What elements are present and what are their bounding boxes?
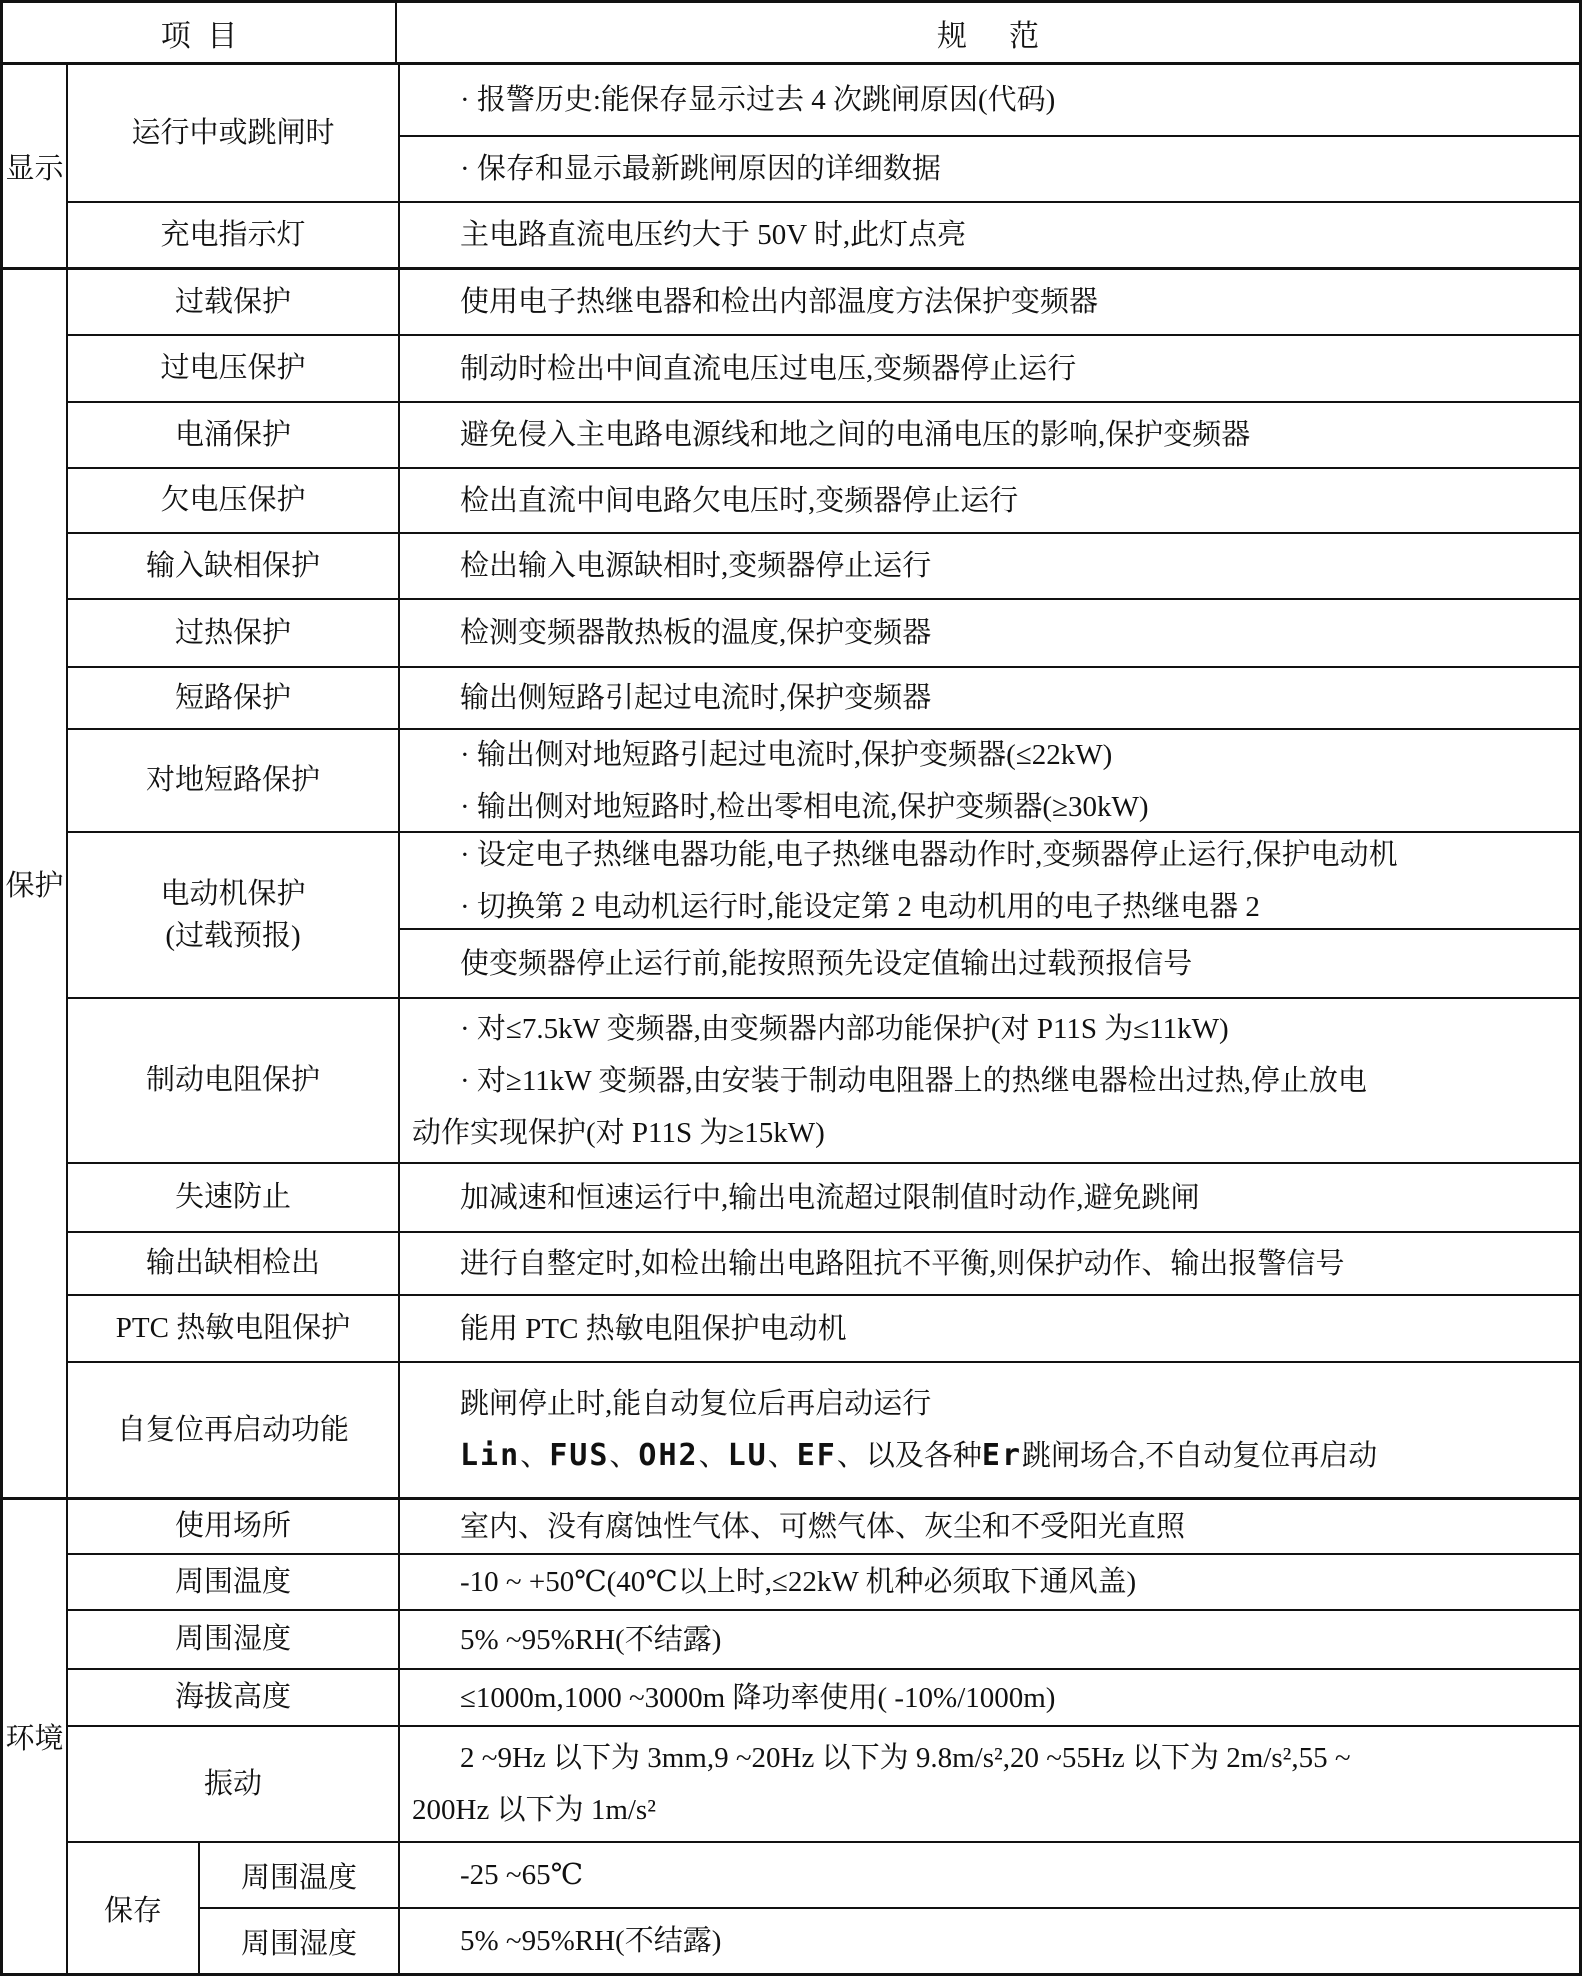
table-row: 输入缺相保护 检出输入电源缺相时,变频器停止运行 <box>68 534 1579 600</box>
spec-cell: 2 ~9Hz 以下为 3mm,9 ~20Hz 以下为 9.8m/s²,20 ~5… <box>400 1727 1579 1841</box>
spec-line: 使用电子热继电器和检出内部温度方法保护变频器 <box>412 276 1565 328</box>
trip-code-fus: FUS <box>549 1438 609 1473</box>
table-row: 过热保护 检测变频器散热板的温度,保护变频器 <box>68 600 1579 668</box>
item-cell: 过电压保护 <box>68 336 400 401</box>
table-row: 周围湿度 5% ~95%RH(不结露) <box>68 1611 1579 1670</box>
item-label: 海拔高度 <box>175 1676 291 1718</box>
item-cell: 电动机保护 (过载预报) <box>68 833 400 997</box>
item-cell: 自复位再启动功能 <box>68 1363 400 1497</box>
table-row: 振动 2 ~9Hz 以下为 3mm,9 ~20Hz 以下为 9.8m/s²,20… <box>68 1727 1579 1843</box>
spec-line: -25 ~65℃ <box>412 1849 1565 1901</box>
spec-cell: 使变频器停止运行前,能按照预先设定值输出过载预报信号 <box>400 930 1579 997</box>
spec-cell: ≤1000m,1000 ~3000m 降功率使用( -10%/1000m) <box>400 1670 1579 1725</box>
table-row: 电动机保护 (过载预报) · 设定电子热继电器功能,电子热继电器动作时,变频器停… <box>68 833 1579 999</box>
spec-line: 主电路直流电压约大于 50V 时,此灯点亮 <box>412 209 1565 261</box>
spec-cell: 能用 PTC 热敏电阻保护电动机 <box>400 1296 1579 1361</box>
item-cell: 周围湿度 <box>200 1909 400 1973</box>
spec-line: 检出输入电源缺相时,变频器停止运行 <box>412 540 1565 592</box>
item-cell: PTC 热敏电阻保护 <box>68 1296 400 1361</box>
spec-line: 室内、没有腐蚀性气体、可燃气体、灰尘和不受阳光直照 <box>412 1501 1565 1553</box>
item-label: 过电压保护 <box>160 347 305 389</box>
item-cell: 充电指示灯 <box>68 203 400 267</box>
spec-line: · 切换第 2 电动机运行时,能设定第 2 电动机用的电子热继电器 2 <box>412 881 1565 933</box>
spec-line: 5% ~95%RH(不结露) <box>412 1614 1565 1666</box>
table-row: 欠电压保护 检出直流中间电路欠电压时,变频器停止运行 <box>68 469 1579 534</box>
table-row: 运行中或跳闸时 · 报警历史:能保存显示过去 4 次跳闸原因(代码) · 保存和… <box>68 65 1579 203</box>
table-header-row: 项目 规范 <box>3 3 1579 65</box>
text-various: 、以及各种 <box>837 1440 982 1472</box>
table-row: PTC 热敏电阻保护 能用 PTC 热敏电阻保护电动机 <box>68 1296 1579 1363</box>
spec-cell: · 对≤7.5kW 变频器,由变频器内部功能保护(对 P11S 为≤11kW) … <box>400 999 1579 1162</box>
spec-line: 动作实现保护(对 P11S 为≥15kW) <box>412 1107 1565 1159</box>
item-cell: 过载保护 <box>68 270 400 334</box>
item-label: 电涌保护 <box>175 414 291 456</box>
table-row: 短路保护 输出侧短路引起过电流时,保护变频器 <box>68 668 1579 730</box>
table-row: 过电压保护 制动时检出中间直流电压过电压,变频器停止运行 <box>68 336 1579 403</box>
separator: 、 <box>699 1440 728 1472</box>
item-label: 输入缺相保护 <box>146 545 320 587</box>
item-cell: 振动 <box>68 1727 400 1841</box>
separator: 、 <box>768 1440 797 1472</box>
item-cell: 周围温度 <box>200 1843 400 1907</box>
item-cell: 制动电阻保护 <box>68 999 400 1162</box>
table-row: 自复位再启动功能 跳闸停止时,能自动复位后再启动运行 Lin、FUS、OH2、L… <box>68 1363 1579 1497</box>
item-cell: 失速防止 <box>68 1164 400 1231</box>
spec-line: · 设定电子热继电器功能,电子热继电器动作时,变频器停止运行,保护电动机 <box>412 829 1565 881</box>
spec-cell: 输出侧短路引起过电流时,保护变频器 <box>400 668 1579 728</box>
spec-line: · 报警历史:能保存显示过去 4 次跳闸原因(代码) <box>412 74 1565 126</box>
item-label: 振动 <box>204 1763 262 1805</box>
text-tail: 跳闸场合,不自动复位再启动 <box>1022 1440 1377 1472</box>
item-label: 运行中或跳闸时 <box>131 112 334 154</box>
item-cell: 周围温度 <box>68 1555 400 1609</box>
item-cell: 输出缺相检出 <box>68 1233 400 1294</box>
table-row: 输出缺相检出 进行自整定时,如检出输出电路阻抗不平衡,则保护动作、输出报警信号 <box>68 1233 1579 1296</box>
item-label: 过热保护 <box>175 612 291 654</box>
spec-line: 2 ~9Hz 以下为 3mm,9 ~20Hz 以下为 9.8m/s²,20 ~5… <box>412 1732 1565 1784</box>
spec-cell: · 输出侧对地短路引起过电流时,保护变频器(≤22kW) · 输出侧对地短路时,… <box>400 730 1579 831</box>
item-label: 失速防止 <box>175 1176 291 1218</box>
spec-cell: 制动时检出中间直流电压过电压,变频器停止运行 <box>400 336 1579 401</box>
storage-label: 保存 <box>68 1843 200 1973</box>
group-label-protection: 保护 <box>3 270 68 1497</box>
spec-line: 制动时检出中间直流电压过电压,变频器停止运行 <box>412 343 1565 395</box>
item-label: 周围温度 <box>241 1855 357 1896</box>
group-label-display: 显示 <box>3 65 68 267</box>
group-environment: 环境 使用场所 室内、没有腐蚀性气体、可燃气体、灰尘和不受阳光直照 周围温度 -… <box>3 1500 1579 1973</box>
column-header-item: 项目 <box>3 3 397 62</box>
item-label: 过载保护 <box>175 281 291 323</box>
group-label-environment: 环境 <box>3 1500 68 1973</box>
spec-cell: 检出直流中间电路欠电压时,变频器停止运行 <box>400 469 1579 532</box>
item-cell: 短路保护 <box>68 668 400 728</box>
item-label: 制动电阻保护 <box>146 1059 320 1101</box>
trip-code-oh2: OH2 <box>638 1438 698 1473</box>
spec-cell: · 报警历史:能保存显示过去 4 次跳闸原因(代码) <box>400 65 1579 137</box>
item-cell: 海拔高度 <box>68 1670 400 1725</box>
item-label: 周围湿度 <box>175 1618 291 1660</box>
spec-cell: 检出输入电源缺相时,变频器停止运行 <box>400 534 1579 598</box>
trip-code-ef: EF <box>797 1438 837 1473</box>
item-label: 充电指示灯 <box>160 214 305 256</box>
item-label: 欠电压保护 <box>160 479 305 521</box>
spec-line: 加减速和恒速运行中,输出电流超过限制值时动作,避免跳闸 <box>412 1172 1565 1224</box>
spec-cell: 室内、没有腐蚀性气体、可燃气体、灰尘和不受阳光直照 <box>400 1500 1579 1553</box>
table-row: 海拔高度 ≤1000m,1000 ~3000m 降功率使用( -10%/1000… <box>68 1670 1579 1727</box>
spec-cell: -25 ~65℃ <box>400 1843 1579 1907</box>
table-row: 周围湿度 5% ~95%RH(不结露) <box>200 1909 1579 1973</box>
item-label: 周围温度 <box>175 1561 291 1603</box>
spec-cell: 避免侵入主电路电源线和地之间的电涌电压的影响,保护变频器 <box>400 403 1579 467</box>
spec-line: · 输出侧对地短路时,检出零相电流,保护变频器(≥30kW) <box>412 781 1565 833</box>
trip-code-er: Er <box>982 1438 1022 1473</box>
spec-line: -10 ~ +50℃(40℃以上时,≤22kW 机种必须取下通风盖) <box>412 1556 1565 1608</box>
spec-cell: 加减速和恒速运行中,输出电流超过限制值时动作,避免跳闸 <box>400 1164 1579 1231</box>
spec-line: · 输出侧对地短路引起过电流时,保护变频器(≤22kW) <box>412 729 1565 781</box>
item-cell: 使用场所 <box>68 1500 400 1553</box>
spec-cell: · 保存和显示最新跳闸原因的详细数据 <box>400 137 1579 201</box>
group-display: 显示 运行中或跳闸时 · 报警历史:能保存显示过去 4 次跳闸原因(代码) · … <box>3 65 1579 270</box>
spec-cell: 5% ~95%RH(不结露) <box>400 1909 1579 1973</box>
spec-line: · 对≤7.5kW 变频器,由变频器内部功能保护(对 P11S 为≤11kW) <box>412 1003 1565 1055</box>
spec-cell: -10 ~ +50℃(40℃以上时,≤22kW 机种必须取下通风盖) <box>400 1555 1579 1609</box>
item-label: PTC 热敏电阻保护 <box>116 1307 350 1349</box>
item-cell: 输入缺相保护 <box>68 534 400 598</box>
spec-table: 项目 规范 显示 运行中或跳闸时 · 报警历史:能保存显示过去 4 次跳闸原因(… <box>0 0 1582 1976</box>
item-label-sub: (过载预报) <box>165 915 300 957</box>
table-row: 失速防止 加减速和恒速运行中,输出电流超过限制值时动作,避免跳闸 <box>68 1164 1579 1233</box>
spec-line: 能用 PTC 热敏电阻保护电动机 <box>412 1303 1565 1355</box>
separator: 、 <box>609 1440 638 1472</box>
trip-code-lu: LU <box>728 1438 768 1473</box>
item-cell: 电涌保护 <box>68 403 400 467</box>
spec-line-trip-codes: Lin、FUS、OH2、LU、EF、以及各种Er跳闸场合,不自动复位再启动 <box>412 1430 1565 1482</box>
spec-line: 使变频器停止运行前,能按照预先设定值输出过载预报信号 <box>412 938 1565 990</box>
table-row: 制动电阻保护 · 对≤7.5kW 变频器,由变频器内部功能保护(对 P11S 为… <box>68 999 1579 1164</box>
column-header-spec: 规范 <box>397 3 1579 62</box>
spec-cell: 5% ~95%RH(不结露) <box>400 1611 1579 1668</box>
table-row: 对地短路保护 · 输出侧对地短路引起过电流时,保护变频器(≤22kW) · 输出… <box>68 730 1579 833</box>
item-label: 周围湿度 <box>241 1921 357 1962</box>
table-row: 周围温度 -25 ~65℃ <box>200 1843 1579 1909</box>
table-row: 保存 周围温度 -25 ~65℃ 周围湿度 5% ~95%RH(不结露) <box>68 1843 1579 1973</box>
spec-line: 进行自整定时,如检出输出电路阻抗不平衡,则保护动作、输出报警信号 <box>412 1238 1565 1290</box>
spec-cell: 进行自整定时,如检出输出电路阻抗不平衡,则保护动作、输出报警信号 <box>400 1233 1579 1294</box>
spec-cell: 检测变频器散热板的温度,保护变频器 <box>400 600 1579 666</box>
item-label: 输出缺相检出 <box>146 1242 320 1284</box>
item-cell: 对地短路保护 <box>68 730 400 831</box>
item-label: 电动机保护 <box>160 873 305 915</box>
item-cell: 欠电压保护 <box>68 469 400 532</box>
item-label: 短路保护 <box>175 677 291 719</box>
item-label: 使用场所 <box>175 1505 291 1547</box>
spec-cell: 主电路直流电压约大于 50V 时,此灯点亮 <box>400 203 1579 267</box>
spec-line: · 保存和显示最新跳闸原因的详细数据 <box>412 143 1565 195</box>
spec-line: ≤1000m,1000 ~3000m 降功率使用( -10%/1000m) <box>412 1672 1565 1724</box>
group-protection: 保护 过载保护 使用电子热继电器和检出内部温度方法保护变频器 过电压保护 制动时… <box>3 270 1579 1500</box>
spec-cell: · 设定电子热继电器功能,电子热继电器动作时,变频器停止运行,保护电动机 · 切… <box>400 833 1579 930</box>
spec-line: 避免侵入主电路电源线和地之间的电涌电压的影响,保护变频器 <box>412 409 1565 461</box>
spec-cell: 跳闸停止时,能自动复位后再启动运行 Lin、FUS、OH2、LU、EF、以及各种… <box>400 1363 1579 1497</box>
separator: 、 <box>520 1440 549 1472</box>
spec-line: 输出侧短路引起过电流时,保护变频器 <box>412 672 1565 724</box>
spec-line: 检测变频器散热板的温度,保护变频器 <box>412 607 1565 659</box>
table-row: 周围温度 -10 ~ +50℃(40℃以上时,≤22kW 机种必须取下通风盖) <box>68 1555 1579 1611</box>
spec-line: 跳闸停止时,能自动复位后再启动运行 <box>412 1378 1565 1430</box>
table-row: 使用场所 室内、没有腐蚀性气体、可燃气体、灰尘和不受阳光直照 <box>68 1500 1579 1555</box>
spec-line: 检出直流中间电路欠电压时,变频器停止运行 <box>412 475 1565 527</box>
item-label: 自复位再启动功能 <box>117 1409 349 1451</box>
spec-line: 200Hz 以下为 1m/s² <box>412 1784 1565 1836</box>
spec-line: · 对≥11kW 变频器,由安装于制动电阻器上的热继电器检出过热,停止放电 <box>412 1055 1565 1107</box>
item-label: 对地短路保护 <box>146 759 320 801</box>
item-cell: 运行中或跳闸时 <box>68 65 400 201</box>
trip-code-lin: Lin <box>460 1438 520 1473</box>
table-row: 电涌保护 避免侵入主电路电源线和地之间的电涌电压的影响,保护变频器 <box>68 403 1579 469</box>
storage-block: 保存 周围温度 -25 ~65℃ 周围湿度 5% ~95%RH(不结露) <box>68 1843 1579 1973</box>
item-cell: 周围湿度 <box>68 1611 400 1668</box>
table-row: 充电指示灯 主电路直流电压约大于 50V 时,此灯点亮 <box>68 203 1579 267</box>
item-cell: 过热保护 <box>68 600 400 666</box>
spec-cell: 使用电子热继电器和检出内部温度方法保护变频器 <box>400 270 1579 334</box>
spec-line: 5% ~95%RH(不结露) <box>412 1915 1565 1967</box>
table-row: 过载保护 使用电子热继电器和检出内部温度方法保护变频器 <box>68 270 1579 336</box>
